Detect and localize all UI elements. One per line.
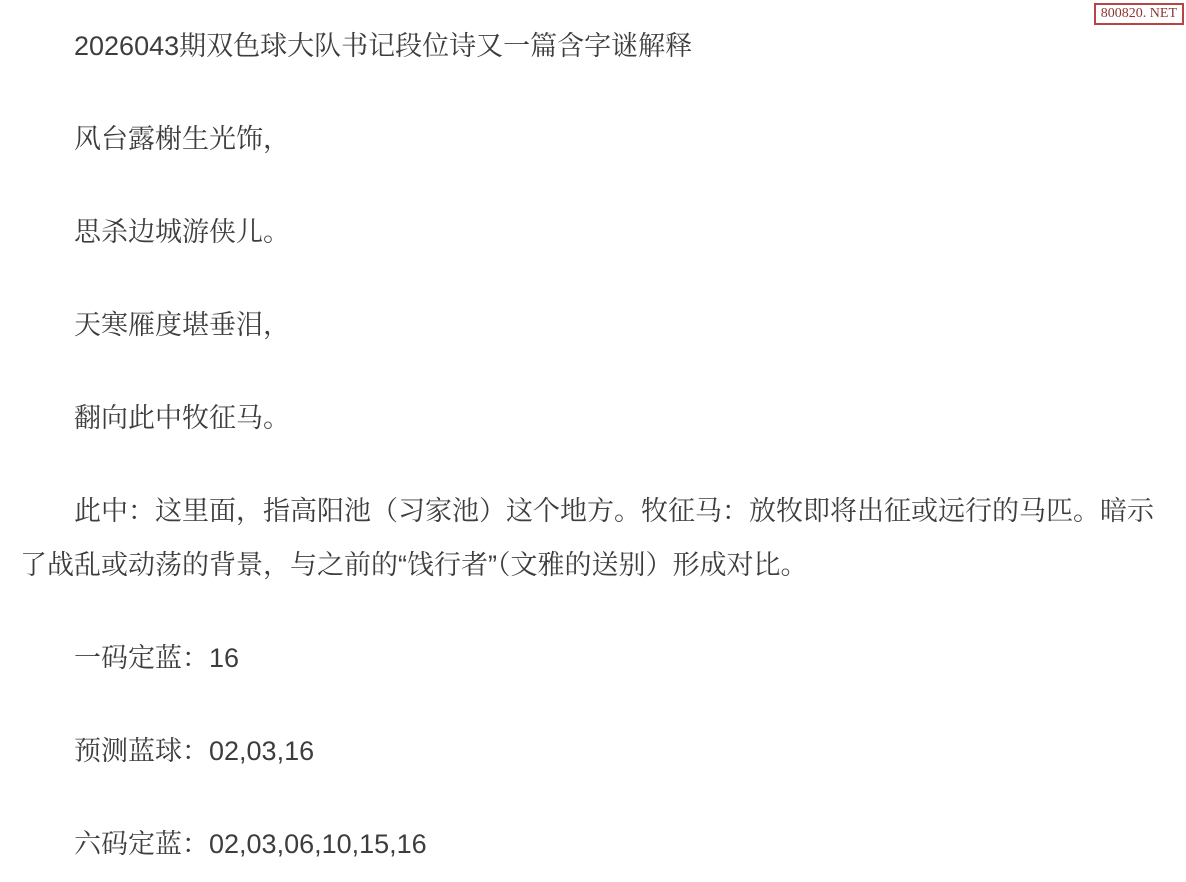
prediction-six-code-blue: 六码定蓝：02,03,06,10,15,16 bbox=[20, 817, 1162, 871]
poem-line-4: 翻向此中牧征马。 bbox=[20, 391, 1162, 445]
prediction-blue-balls: 预测蓝球：02,03,16 bbox=[20, 724, 1162, 778]
poem-explanation: 此中：这里面，指高阳池（习家池）这个地方。牧征马：放牧即将出征或远行的马匹。暗示… bbox=[20, 484, 1162, 592]
poem-line-3: 天寒雁度堪垂泪， bbox=[20, 298, 1162, 352]
prediction-label: 六码定蓝： bbox=[74, 829, 209, 859]
poem-line-1: 风台露榭生光饰， bbox=[20, 112, 1162, 166]
prediction-label: 预测蓝球： bbox=[74, 736, 209, 766]
article: 2026043期双色球大队书记段位诗又一篇含字谜解释 风台露榭生光饰， 思杀边城… bbox=[0, 0, 1186, 871]
prediction-value: 16 bbox=[209, 643, 239, 673]
prediction-label: 一码定蓝： bbox=[74, 643, 209, 673]
prediction-value: 02,03,06,10,15,16 bbox=[209, 829, 427, 859]
site-watermark: 800820. NET bbox=[1094, 3, 1184, 25]
poem-line-2: 思杀边城游侠儿。 bbox=[20, 205, 1162, 259]
article-title: 2026043期双色球大队书记段位诗又一篇含字谜解释 bbox=[20, 19, 1162, 73]
prediction-one-code-blue: 一码定蓝：16 bbox=[20, 631, 1162, 685]
prediction-value: 02,03,16 bbox=[209, 736, 314, 766]
